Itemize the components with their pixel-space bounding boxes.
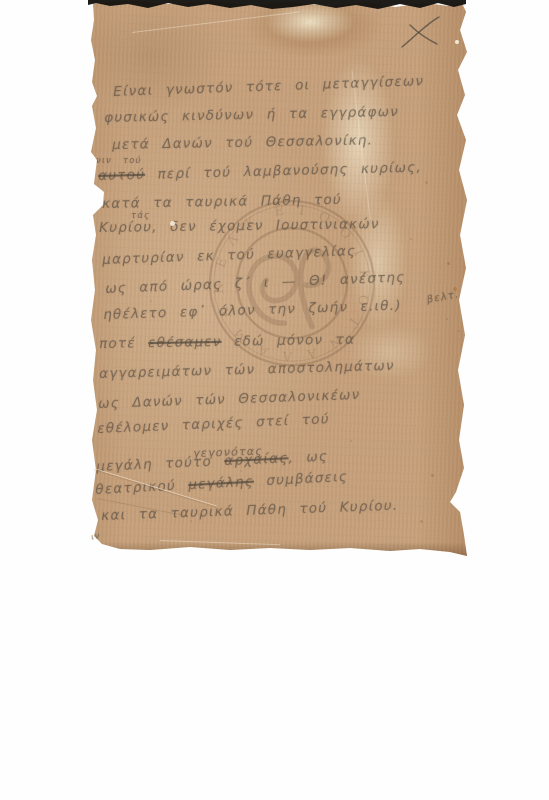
struck-word: εθέσαμεν — [148, 334, 222, 351]
scan-background: Ε Ι Ο Ο Ι Κ Ο Γ Ν Α Λ Α Μ Α Ν Ε Λ Κ Α Εί… — [0, 0, 549, 800]
struck-word: αυτού — [98, 167, 145, 184]
corner-pencil-mark — [398, 13, 446, 55]
struck-word: αρχαίας — [224, 450, 289, 469]
handwriting-line: νιν τού — [96, 156, 142, 166]
struck-word: μεγάλης — [188, 474, 254, 493]
